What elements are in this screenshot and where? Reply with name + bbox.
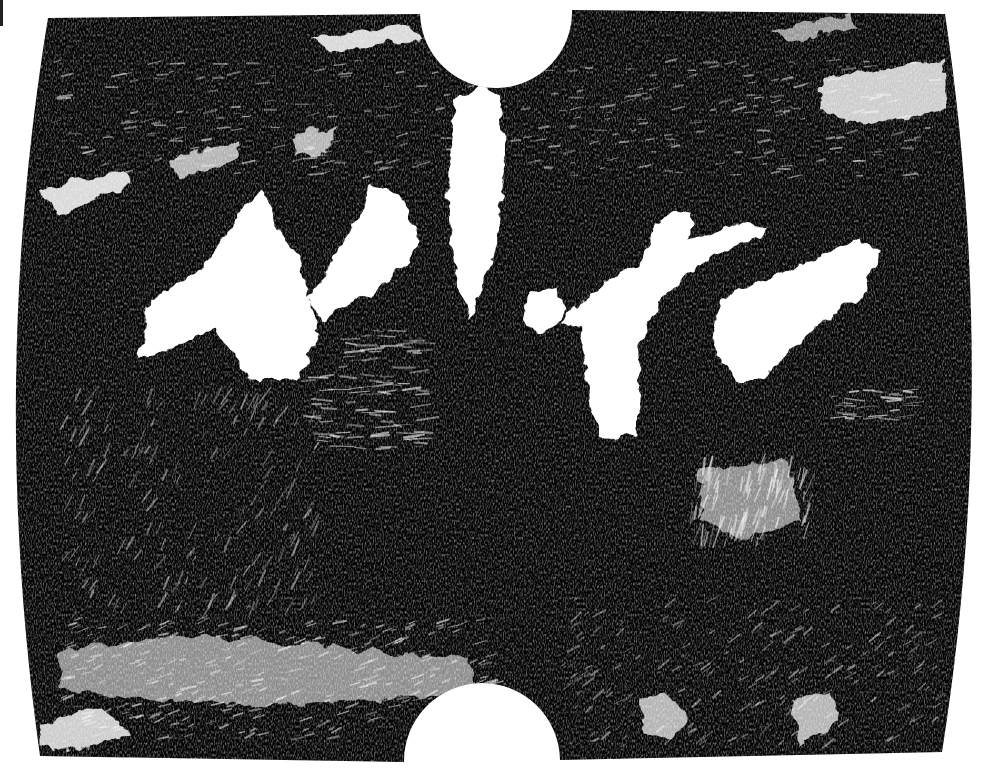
engraving-illustration	[0, 0, 989, 768]
